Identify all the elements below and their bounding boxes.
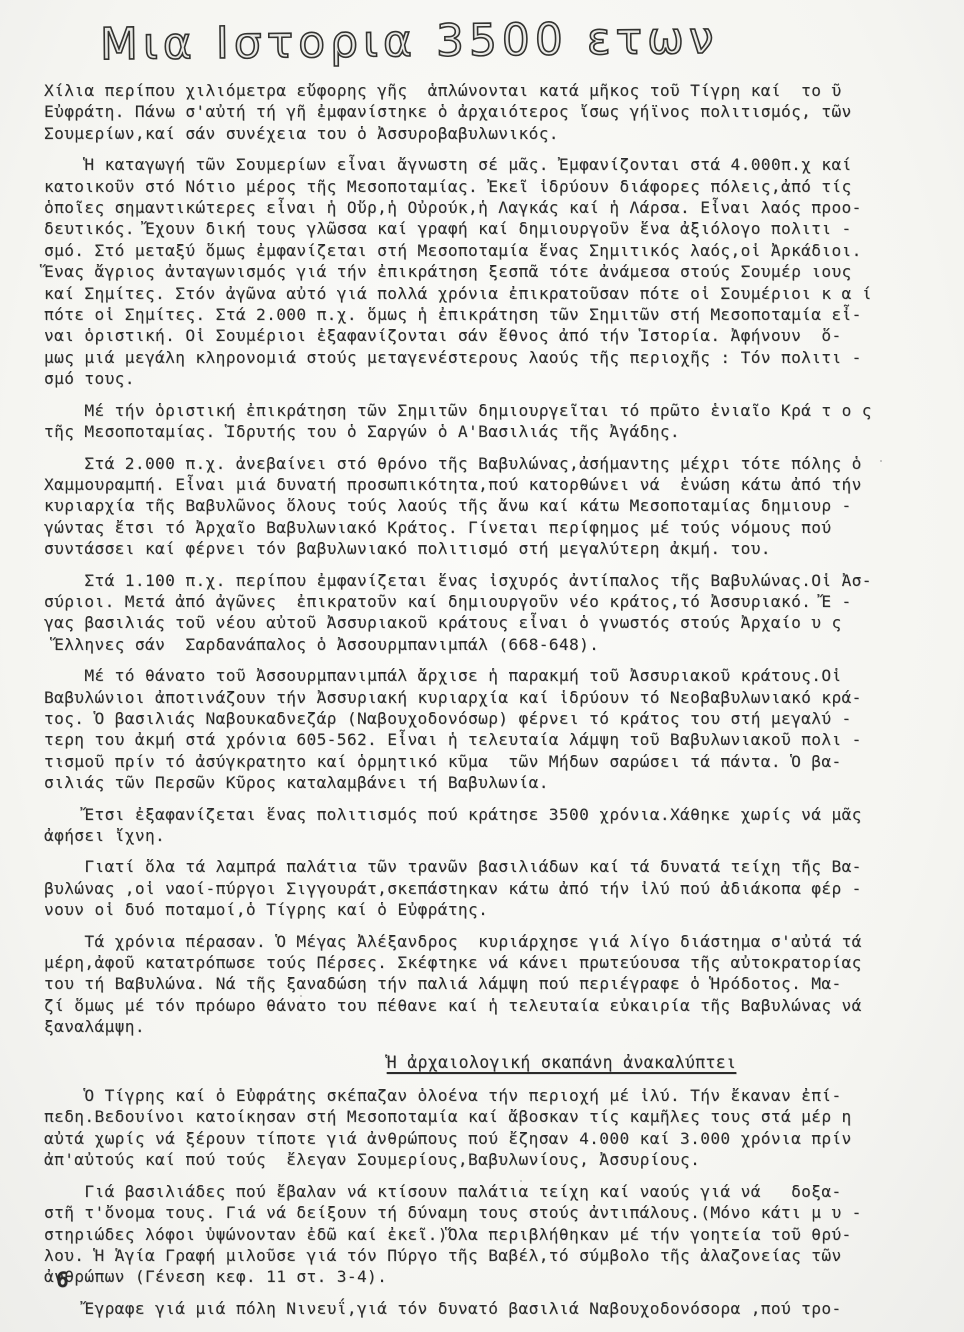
scan-speckle (140, 210, 142, 212)
paragraph-palaces-buried: Γιατί ὅλα τά λαμπρά παλάτια τῶν τρανῶν β… (44, 856, 949, 920)
scan-speckle (60, 760, 62, 762)
page-number: 6 (56, 1268, 69, 1292)
paragraph-legend-babel: Γιά βασιλιάδες πού ἔβαλαν νά κτίσουν παλ… (44, 1181, 949, 1288)
scanned-document-page: Μια Ιστορια 3500 ετων Χίλια περίπου χιλι… (0, 0, 964, 1332)
paragraph-assyrians: Στά 1.100 π.χ. περίπου ἐμφανίζεται ἕνας … (44, 570, 949, 656)
paragraph-alexander: Τά χρόνια πέρασαν. Ὁ Μέγας Ἀλέξανδρος κυ… (44, 931, 949, 1038)
paragraph-hammurabi: Στά 2.000 π.χ. ἀνεβαίνει στό θρόνο τῆς Β… (44, 453, 949, 560)
paragraph-first-unified-state: Μέ τήν ὁριστική ἐπικράτηση τῶν Σημιτῶν δ… (44, 400, 949, 443)
scan-speckle (880, 460, 882, 462)
paragraph-bedouins: Ὁ Τίγρης καί ὁ Εὐφράτης σκέπαζαν ὁλοένα … (44, 1085, 949, 1171)
paragraph-civilization-vanishes: Ἔτσι ἐξαφανίζεται ἕνας πολιτισμός πού κρ… (44, 804, 949, 847)
document-text-body: Χίλια περίπου χιλιόμετρα εὔφορης γῆς ἁπλ… (44, 80, 949, 1329)
paragraph-nineveh: Ἔγραφε γιά μιά πόλη Νινευΐ,γιά τόν δυνατ… (44, 1298, 949, 1319)
page-title: Μια Ιστορια 3500 ετων (100, 13, 719, 70)
scan-speckle (300, 995, 302, 997)
scan-speckle (520, 1180, 522, 1182)
paragraph-intro: Χίλια περίπου χιλιόμετρα εὔφορης γῆς ἁπλ… (44, 80, 949, 144)
paragraph-neobabylonian: Μέ τό θάνατο τοῦ Ἀσσουρμπανιμπάλ ἄρχισε … (44, 665, 949, 793)
section-heading-archaeology: Ἡ ἀρχαιολογική σκαπάνη ἀνακαλύπτει (44, 1052, 949, 1073)
paragraph-sumerians-origin: Ἡ καταγωγή τῶν Σουμερίων εἶναι ἄγνωστη σ… (44, 154, 949, 389)
